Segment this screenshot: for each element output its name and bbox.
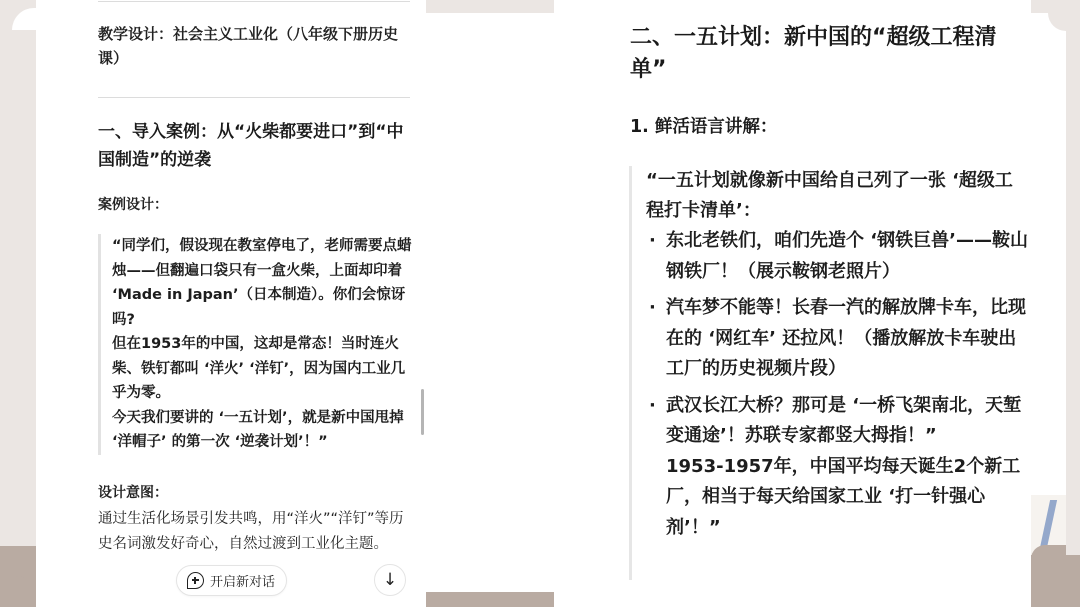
section-heading-intro: 一、导入案例：从“火柴都要进口”到“中国制造”的逆袭: [98, 118, 418, 174]
quote-paragraph: 今天我们要讲的 ‘一五计划’，就是新中国甩掉 ‘洋帽子’ 的第一次 ‘逆袭计划’…: [112, 406, 418, 455]
divider: [98, 97, 410, 98]
background-cap-top-right: [1030, 0, 1080, 13]
quote-paragraph: “同学们，假设现在教室停电了，老师需要点蜡烛——但翻遍口袋只有一盒火柴，上面却印…: [112, 234, 418, 332]
list-item: · 东北老铁们，咱们先造个 ‘钢铁巨兽’——鞍山钢铁厂！（展示鞍钢老照片）: [646, 226, 1029, 287]
quote-intro: “一五计划就像新中国给自己列了一张 ‘超级工程打卡清单’：: [646, 166, 1029, 226]
bullet-icon: ·: [649, 391, 656, 422]
background-strip-right: [1066, 0, 1080, 607]
decorative-corner-top-right: [1048, 13, 1068, 31]
document-title: 教学设计：社会主义工业化（八年级下册历史课）: [98, 22, 418, 70]
case-quote-block: “同学们，假设现在教室停电了，老师需要点蜡烛——但翻遍口袋只有一盒火柴，上面却印…: [98, 234, 418, 455]
new-chat-button[interactable]: 开启新对话: [176, 565, 287, 596]
background-strip-middle-bottom: [426, 592, 554, 607]
bullet-icon: ·: [649, 226, 656, 257]
list-item: · 汽车梦不能等！长春一汽的解放牌卡车，比现在的 ‘网红车’ 还拉风！（播放解放…: [646, 293, 1029, 385]
background-strip-left: [0, 0, 36, 550]
decorative-corner-bottom-right: [1031, 545, 1066, 559]
bullet-icon: ·: [649, 293, 656, 324]
closing-statement: 1953-1957年，中国平均每天诞生2个新工厂，相当于每天给国家工业 ‘打一针…: [646, 452, 1029, 544]
case-design-label: 案例设计：: [98, 192, 168, 218]
quote-paragraph: 但在1953年的中国，这却是常态！当时连火柴、铁钉都叫 ‘洋火’ ‘洋钉’，因为…: [112, 332, 418, 406]
design-intent-label: 设计意图：: [98, 480, 168, 506]
section-heading-five-year-plan: 二、一五计划：新中国的“超级工程清单”: [630, 22, 1010, 86]
list-item: · 武汉长江大桥？那可是 ‘一桥飞架南北，天堑变通途’！苏联专家都竖大拇指！”: [646, 391, 1029, 452]
list-item-text: 武汉长江大桥？那可是 ‘一桥飞架南北，天堑变通途’！苏联专家都竖大拇指！”: [666, 395, 1021, 447]
list-item-text: 东北老铁们，咱们先造个 ‘钢铁巨兽’——鞍山钢铁厂！（展示鞍钢老照片）: [666, 230, 1028, 282]
background-strip-middle-top: [426, 0, 554, 13]
list-item-text: 汽车梦不能等！长春一汽的解放牌卡车，比现在的 ‘网红车’ 还拉风！（播放解放卡车…: [666, 297, 1026, 379]
chat-plus-icon: [187, 572, 204, 589]
project-list: · 东北老铁们，咱们先造个 ‘钢铁巨兽’——鞍山钢铁厂！（展示鞍钢老照片） · …: [646, 226, 1029, 452]
subheading-vivid-explanation: 1. 鲜活语言讲解：: [630, 114, 1010, 140]
arrow-down-icon: ↓: [383, 570, 397, 590]
design-intent-text: 通过生活化场景引发共鸣，用“洋火”“洋钉”等历史名词激发好奇心，自然过渡到工业化…: [98, 507, 418, 556]
new-chat-label: 开启新对话: [210, 571, 275, 590]
background-block-bottom-right: [1031, 555, 1080, 607]
divider-top: [98, 1, 410, 2]
scrollbar-thumb[interactable]: [421, 389, 424, 435]
scroll-to-bottom-button[interactable]: ↓: [374, 564, 406, 596]
explanation-quote-block: “一五计划就像新中国给自己列了一张 ‘超级工程打卡清单’： · 东北老铁们，咱们…: [629, 166, 1029, 580]
